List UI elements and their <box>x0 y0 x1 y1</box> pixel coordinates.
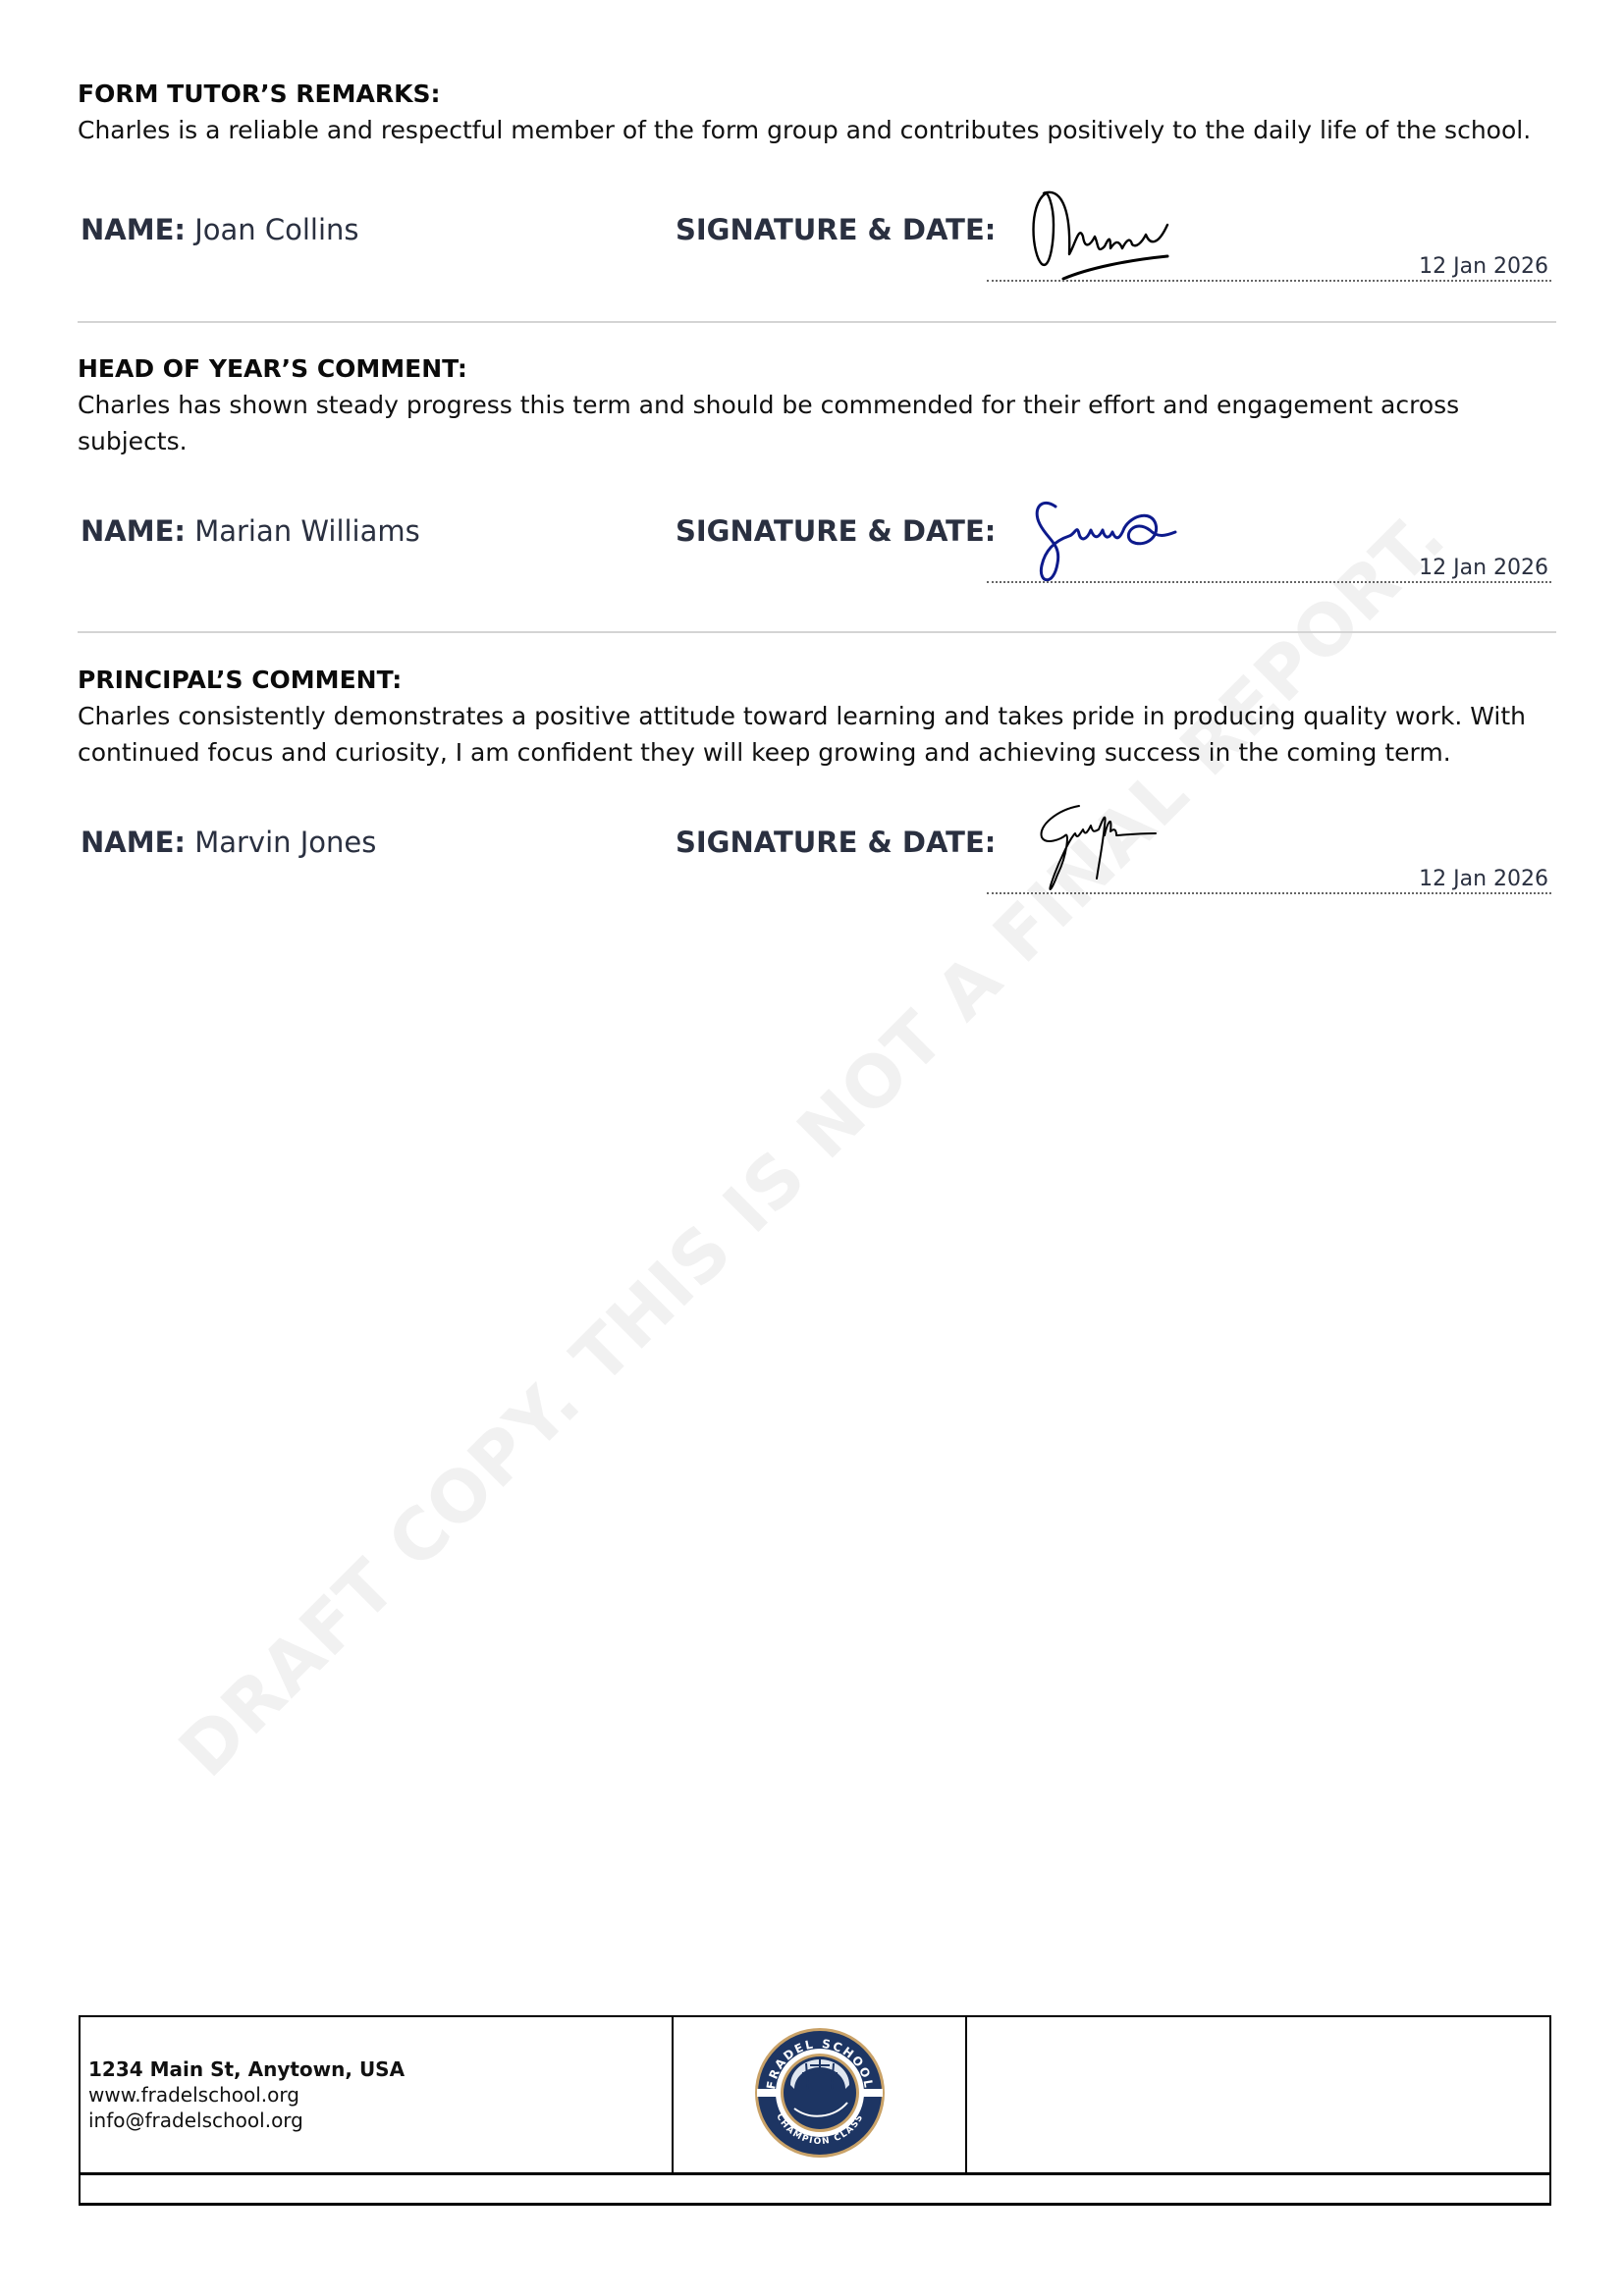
name-value: Joan Collins <box>194 213 358 246</box>
section-heading: FORM TUTOR’S REMARKS: <box>78 77 1556 112</box>
signature-date: 12 Jan 2026 <box>1419 556 1548 580</box>
footer-contact-cell: 1234 Main St, Anytown, USA www.fradelsch… <box>80 2016 673 2174</box>
name-field: NAME: Marian Williams <box>81 514 420 548</box>
signature-row: NAME: Marian Williams SIGNATURE & DATE: … <box>78 489 1556 607</box>
signature-icon <box>1020 186 1246 294</box>
name-field: NAME: Marvin Jones <box>81 826 376 859</box>
name-label: NAME: <box>81 213 186 246</box>
signature-row: NAME: Joan Collins SIGNATURE & DATE: 12 … <box>78 187 1556 305</box>
section-divider <box>78 321 1556 323</box>
signature-date: 12 Jan 2026 <box>1419 867 1548 891</box>
footer-logo-cell: FRADEL SCHOOL CHAMPION CLASS <box>673 2016 966 2174</box>
signature-icon <box>1018 796 1244 904</box>
section-body: Charles has shown steady progress this t… <box>78 387 1550 459</box>
form-tutor-section: FORM TUTOR’S REMARKS: Charles is a relia… <box>78 77 1556 305</box>
school-logo-icon: FRADEL SCHOOL CHAMPION CLASS <box>751 2024 889 2162</box>
section-divider <box>78 631 1556 633</box>
footer-table: 1234 Main St, Anytown, USA www.fradelsch… <box>79 2015 1551 2206</box>
signature-date: 12 Jan 2026 <box>1419 254 1548 279</box>
signature-line <box>987 280 1551 282</box>
name-field: NAME: Joan Collins <box>81 213 359 246</box>
signature-label: SIGNATURE & DATE: <box>676 213 996 246</box>
section-body: Charles is a reliable and respectful mem… <box>78 112 1550 148</box>
footer-address: 1234 Main St, Anytown, USA <box>88 2056 672 2082</box>
name-value: Marvin Jones <box>194 826 376 859</box>
signature-row: NAME: Marvin Jones SIGNATURE & DATE: 12 … <box>78 800 1556 918</box>
name-label: NAME: <box>81 514 186 548</box>
footer-empty-cell <box>966 2016 1550 2174</box>
name-label: NAME: <box>81 826 186 859</box>
section-heading: PRINCIPAL’S COMMENT: <box>78 663 1556 698</box>
footer-website[interactable]: www.fradelschool.org <box>88 2082 672 2108</box>
footer-bottom-row <box>80 2174 1550 2205</box>
name-value: Marian Williams <box>194 514 420 548</box>
section-heading: HEAD OF YEAR’S COMMENT: <box>78 351 1556 387</box>
signature-line <box>987 581 1551 583</box>
signature-line <box>987 892 1551 894</box>
head-of-year-section: HEAD OF YEAR’S COMMENT: Charles has show… <box>78 351 1556 607</box>
signature-label: SIGNATURE & DATE: <box>676 514 996 548</box>
principal-section: PRINCIPAL’S COMMENT: Charles consistentl… <box>78 663 1556 918</box>
footer-email[interactable]: info@fradelschool.org <box>88 2108 672 2133</box>
section-body: Charles consistently demonstrates a posi… <box>78 698 1550 771</box>
signature-label: SIGNATURE & DATE: <box>676 826 996 859</box>
